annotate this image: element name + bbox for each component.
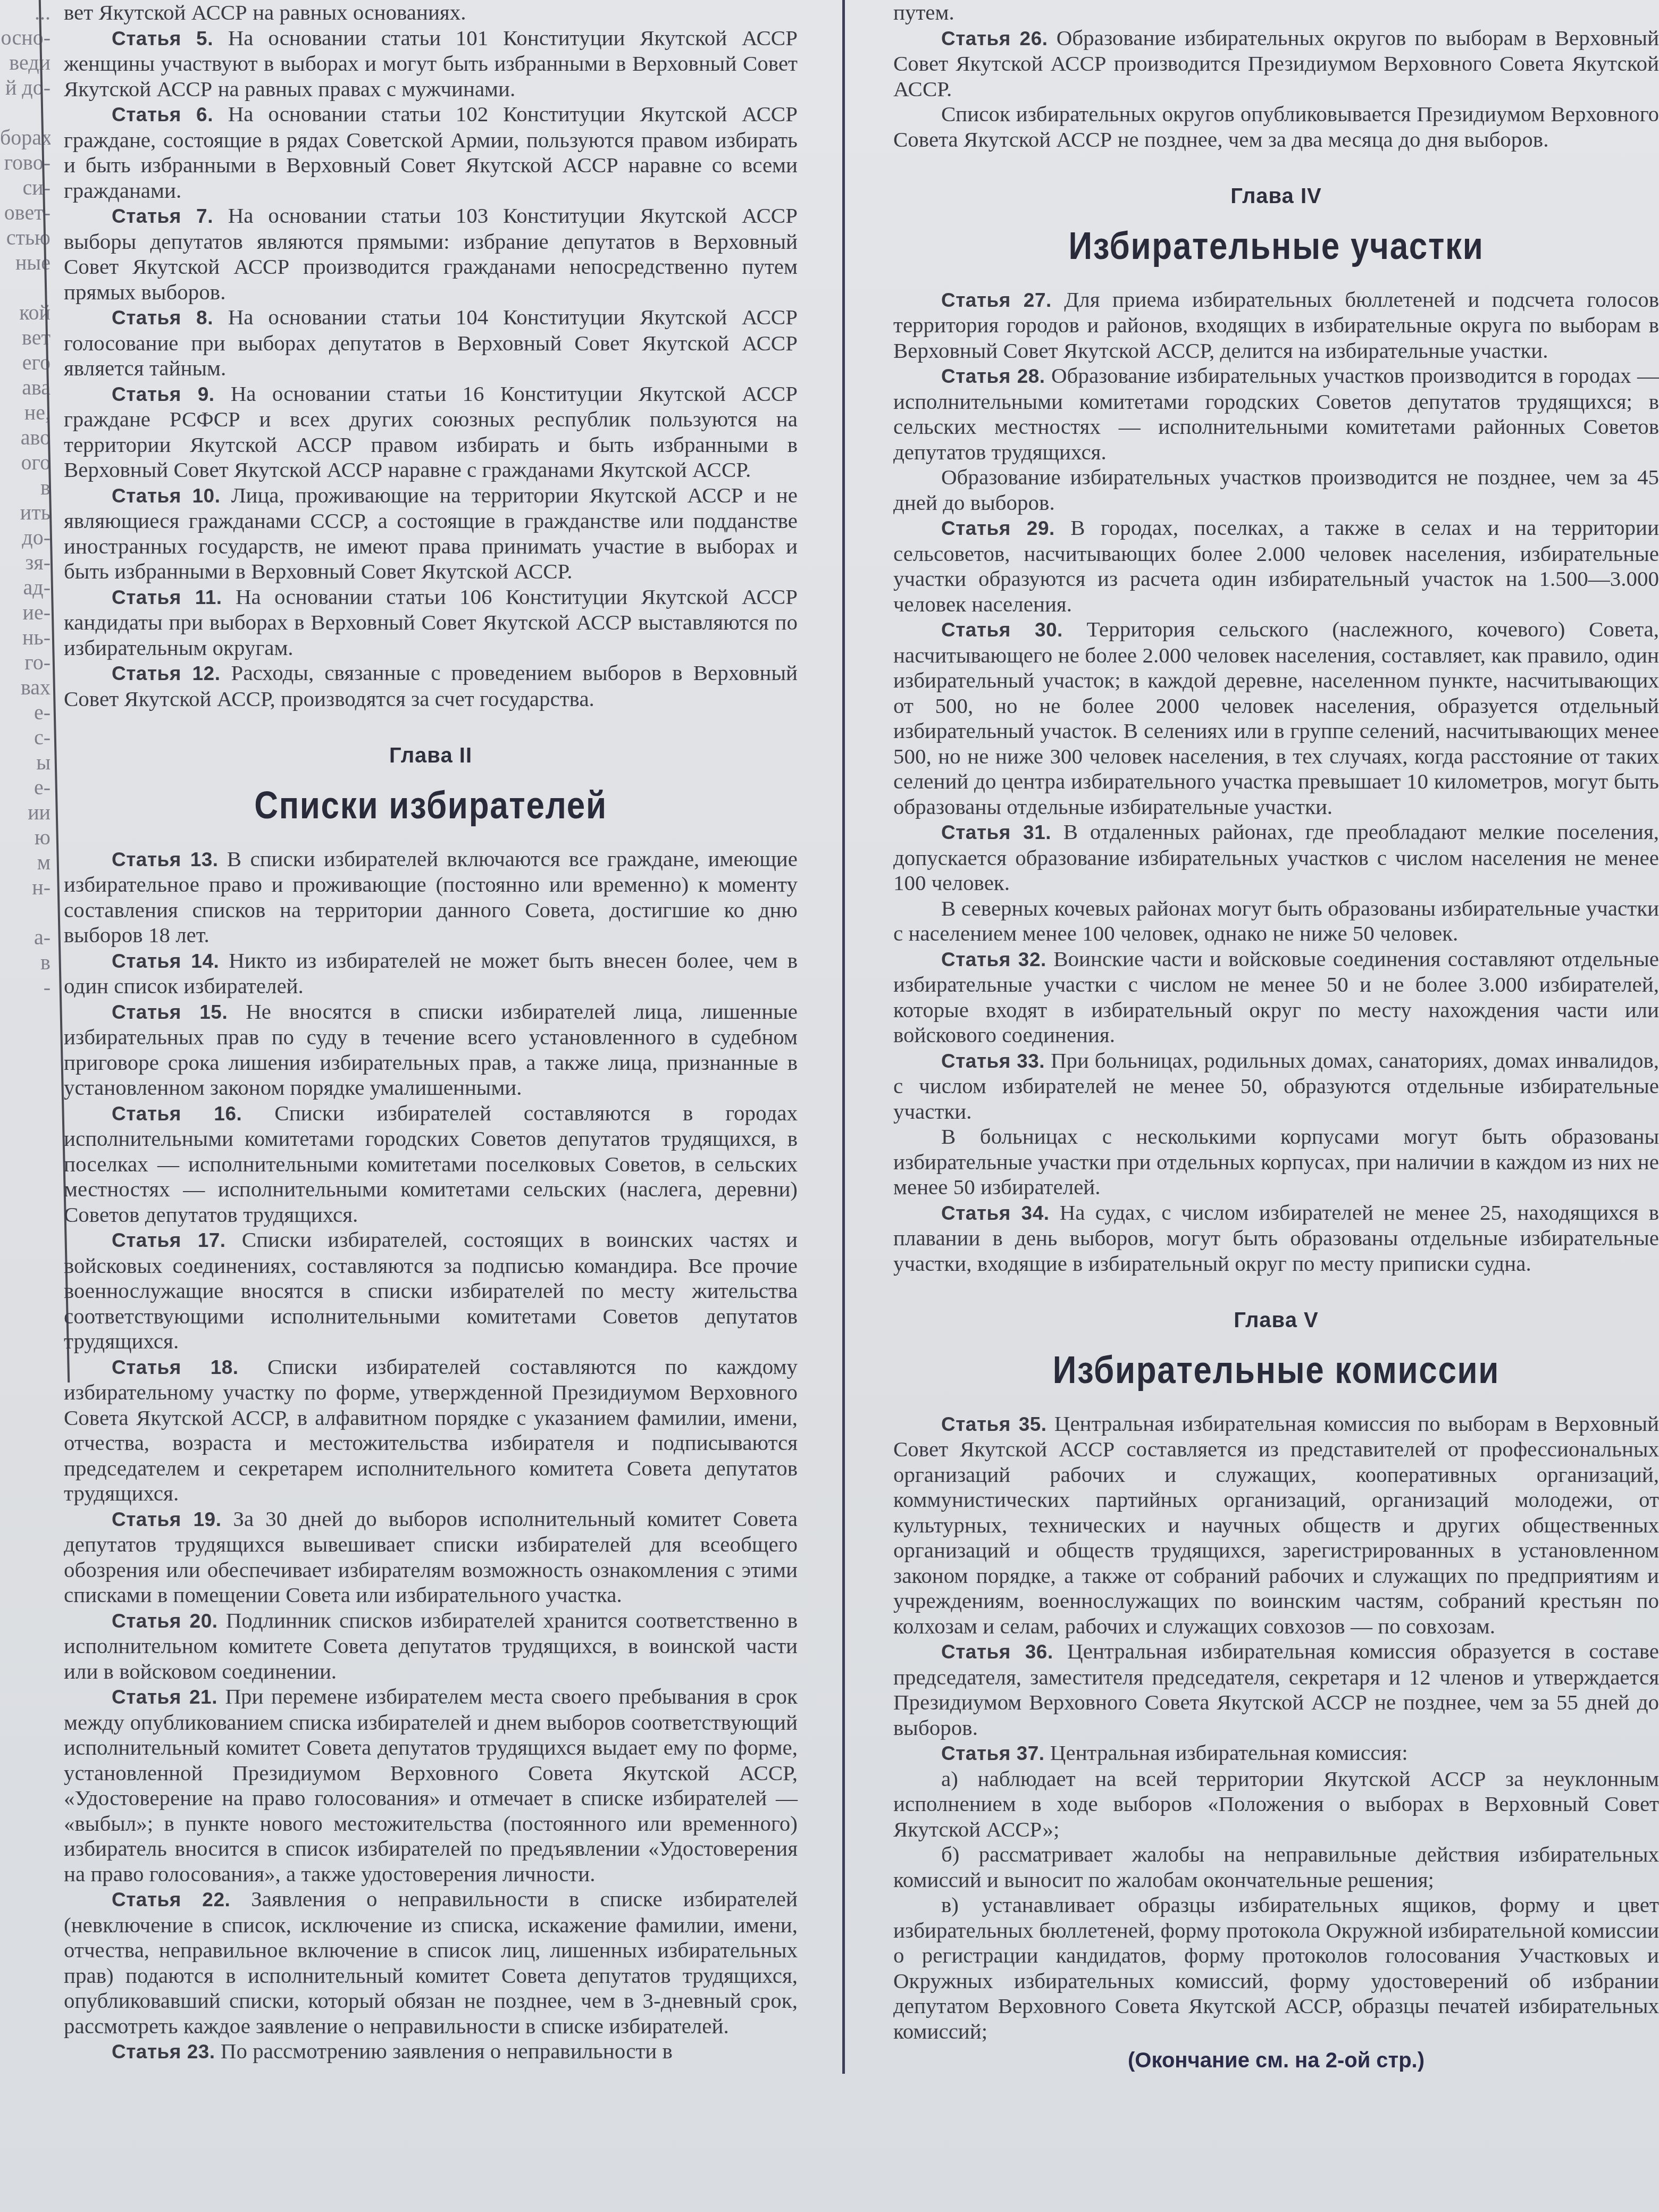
article-label: Статья 6.: [112, 104, 213, 125]
article-text: Список избирательных округов опубликовыв…: [893, 102, 1659, 152]
chapter-heading-4: Глава IV: [893, 184, 1659, 210]
article-label: Статья 15.: [112, 1001, 228, 1023]
article-paragraph: Список избирательных округов опубликовыв…: [893, 102, 1659, 152]
stub-fragment: вет: [0, 325, 51, 350]
article-sub-item: б) рассматривает жалобы на неправильные …: [893, 1842, 1659, 1892]
stub-fragment: веди: [0, 50, 51, 75]
article-text: В северных кочевых районах могут быть об…: [893, 896, 1659, 946]
article-paragraph: Статья 28. Образование избирательных уча…: [893, 363, 1659, 465]
stub-fragment: нь-: [0, 625, 51, 650]
stub-fragment: а-: [0, 925, 51, 950]
article-sub-item: в) устанавливает образцы избирательных я…: [893, 1892, 1659, 2044]
stub-fragment: ить: [0, 500, 51, 525]
article-label: Статья 16.: [112, 1103, 242, 1125]
article-paragraph: Статья 37. Центральная избирательная ком…: [893, 1740, 1659, 1766]
article-label: Статья 13.: [112, 849, 219, 870]
article-label: Статья 8.: [112, 307, 213, 329]
stub-fragment: его: [0, 350, 51, 375]
article-label: Статья 21.: [112, 1686, 217, 1708]
article-paragraph: Статья 21. При перемене избирателем мест…: [64, 1684, 798, 1887]
stub-fragment: -: [0, 975, 51, 1000]
stub-fragment: ю: [0, 825, 51, 850]
stub-fragment: ие-: [0, 600, 51, 625]
article-paragraph: Статья 8. На основании статьи 104 Консти…: [64, 305, 798, 381]
article-label: Статья 11.: [112, 586, 222, 608]
stub-fragment: ...: [0, 0, 51, 25]
article-text: При перемене избирателем места своего пр…: [64, 1684, 798, 1886]
article-label: Статья 36.: [941, 1641, 1053, 1663]
article-label: Статья 18.: [112, 1356, 239, 1378]
stub-fragment: ад-: [0, 575, 51, 600]
stub-fragment: го-: [0, 650, 51, 675]
stub-fragment: е-: [0, 700, 51, 725]
article-label: Статья 32.: [941, 949, 1046, 970]
articles-group-1: Статья 5. На основании статьи 101 Консти…: [64, 26, 798, 712]
chapter-heading-2: Глава II: [64, 743, 798, 769]
stub-fragment: вах: [0, 675, 51, 700]
article-text: В больницах с несколькими корпусами могу…: [893, 1124, 1659, 1199]
article-text: По рассмотрению заявления о неправильнос…: [221, 2039, 673, 2063]
article-label: Статья 7.: [112, 205, 213, 227]
article-paragraph: Статья 29. В городах, поселках, а также …: [893, 515, 1659, 617]
chapter-title-4: Избирательные участки: [947, 224, 1605, 268]
article-label: Статья 37.: [941, 1742, 1045, 1764]
article-paragraph: Статья 36. Центральная избирательная ком…: [893, 1639, 1659, 1740]
stub-fragment: е-: [0, 775, 51, 800]
article-label: Статья 33.: [941, 1050, 1045, 1072]
article-paragraph: В больницах с несколькими корпусами могу…: [893, 1124, 1659, 1200]
article-paragraph: Статья 27. Для приема избирательных бюлл…: [893, 287, 1659, 364]
stub-fragment: ы: [0, 750, 51, 775]
article-paragraph: Статья 32. Воинские части и войсковые со…: [893, 946, 1659, 1048]
stub-fragment: ии: [0, 800, 51, 825]
article-paragraph: Статья 12. Расходы, связанные с проведен…: [64, 660, 798, 711]
stub-fragment: н-: [0, 875, 51, 900]
stub-fragment: кой: [0, 300, 51, 325]
intro-tail: вет Якутской АССР на равных основаниях.: [64, 0, 798, 26]
article-paragraph: Статья 19. За 30 дней до выборов исполни…: [64, 1506, 798, 1608]
stub-fragment: ава: [0, 375, 51, 400]
article-label: Статья 19.: [112, 1509, 221, 1530]
stub-fragment: стью: [0, 225, 51, 250]
column-rule-middle: [842, 0, 845, 2074]
article-paragraph: Статья 18. Списки избирателей составляют…: [64, 1354, 798, 1506]
stub-fragment: [0, 275, 51, 300]
stub-fragment: м: [0, 850, 51, 875]
article-paragraph: Статья 14. Никто из избирателей не может…: [64, 948, 798, 999]
articles-group-4: Статья 27. Для приема избирательных бюлл…: [893, 287, 1659, 1277]
stub-fragment: ого: [0, 450, 51, 475]
article-paragraph: Образование избирательных участков произ…: [893, 465, 1659, 515]
stub-fragment: в: [0, 950, 51, 975]
stub-fragment: ные: [0, 250, 51, 275]
article-paragraph: Статья 11. На основании статьи 106 Конст…: [64, 584, 798, 661]
article-paragraph: Статья 34. На судах, с числом избирателе…: [893, 1200, 1659, 1277]
article-label: Статья 12.: [112, 663, 220, 684]
article-paragraph: Статья 26. Образование избирательных окр…: [893, 26, 1659, 102]
stub-fragment: не,: [0, 400, 51, 425]
article-label: Статья 5.: [112, 28, 213, 49]
stub-fragment: [0, 900, 51, 925]
article-paragraph: В северных кочевых районах могут быть об…: [893, 896, 1659, 946]
article-label: Статья 22.: [112, 1889, 230, 1911]
article-paragraph: Статья 20. Подлинник списков избирателей…: [64, 1608, 798, 1685]
article-paragraph: Статья 6. На основании статьи 102 Консти…: [64, 102, 798, 203]
article-paragraph: Статья 31. В отдаленных районах, где пре…: [893, 819, 1659, 896]
articles-group-3: Статья 26. Образование избирательных окр…: [893, 26, 1659, 153]
article-label: Статья 10.: [112, 485, 220, 507]
article-label: Статья 23.: [112, 2041, 215, 2063]
article-label: Статья 29.: [941, 517, 1055, 539]
article-paragraph: Статья 15. Не вносятся в списки избирате…: [64, 999, 798, 1101]
article-label: Статья 26.: [941, 28, 1048, 49]
article-paragraph: Статья 9. На основании статьи 16 Констит…: [64, 381, 798, 483]
stub-fragment: аво: [0, 425, 51, 450]
article-text: Территория сельского (наслежного, кочево…: [893, 617, 1659, 819]
article-paragraph: Статья 30. Территория сельского (наслежн…: [893, 617, 1659, 819]
article-paragraph: Статья 33. При больницах, родильных дома…: [893, 1048, 1659, 1125]
article-label: Статья 34.: [941, 1202, 1050, 1224]
article-label: Статья 14.: [112, 950, 219, 972]
articles-group-2: Статья 13. В списки избирателей включают…: [64, 847, 798, 2065]
stub-fragment: в: [0, 475, 51, 500]
article-paragraph: Статья 17. Списки избирателей, состоящих…: [64, 1227, 798, 1354]
chapter-title-2: Списки избирателей: [115, 784, 747, 827]
article-paragraph: Статья 16. Списки избирателей составляют…: [64, 1101, 798, 1228]
article-label: Статья 17.: [112, 1229, 226, 1251]
article-text: Образование избирательных участков произ…: [893, 465, 1659, 515]
stub-fragment: оснo-: [0, 25, 51, 50]
article-paragraph: Статья 22. Заявления о неправильности в …: [64, 1887, 798, 2039]
article-label: Статья 20.: [112, 1610, 218, 1632]
continuation-note: (Окончание см. на 2-ой стр.): [893, 2048, 1659, 2074]
chapter-heading-5: Глава V: [893, 1308, 1659, 1334]
stub-fragment: с-: [0, 725, 51, 750]
article-paragraph: Статья 10. Лица, проживающие на территор…: [64, 483, 798, 584]
article-text: Центральная избирательная комиссия:: [1050, 1740, 1408, 1765]
stub-fragment: зя-: [0, 550, 51, 575]
article-label: Статья 35.: [941, 1413, 1047, 1435]
article-paragraph: Статья 7. На основании статьи 103 Консти…: [64, 203, 798, 305]
article-label: Статья 9.: [112, 383, 215, 405]
article-paragraph: Статья 13. В списки избирателей включают…: [64, 847, 798, 948]
article-label: Статья 30.: [941, 619, 1063, 641]
article-37-items: а) наблюдает на всей территории Якутской…: [893, 1766, 1659, 2045]
head-tail: путем.: [893, 0, 1659, 26]
articles-group-5: Статья 35. Центральная избирательная ком…: [893, 1411, 1659, 1766]
article-label: Статья 27.: [941, 289, 1052, 311]
article-sub-item: а) наблюдает на всей территории Якутской…: [893, 1766, 1659, 1842]
right-column: путем. Статья 26. Образование избиратель…: [893, 0, 1659, 2074]
stub-fragment: до-: [0, 525, 51, 550]
article-label: Статья 28.: [941, 365, 1045, 387]
article-paragraph: Статья 23. По рассмотрению заявления о н…: [64, 2039, 798, 2065]
article-label: Статья 31.: [941, 822, 1051, 843]
left-column: вет Якутской АССР на равных основаниях. …: [64, 0, 798, 2065]
stub-fragment: й до-: [0, 75, 51, 100]
chapter-title-5: Избирательные комиссии: [947, 1348, 1605, 1392]
article-paragraph: Статья 35. Центральная избирательная ком…: [893, 1411, 1659, 1639]
article-text: Центральная избирательная комиссия по вы…: [893, 1411, 1659, 1638]
article-paragraph: Статья 5. На основании статьи 101 Консти…: [64, 26, 798, 102]
